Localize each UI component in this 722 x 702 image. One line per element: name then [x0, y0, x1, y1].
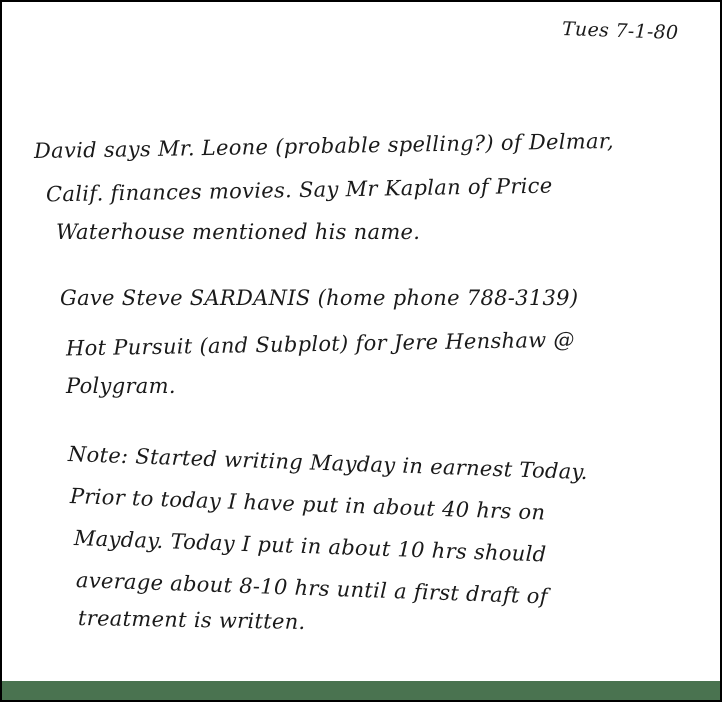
paragraph-3-line-4: average about 8-10 hrs until a first dra…: [76, 568, 549, 608]
paragraph-2-line-3: Polygram.: [66, 374, 176, 398]
note-date: Tues 7-1-80: [562, 18, 679, 44]
paragraph-3-line-3: Mayday. Today I put in about 10 hrs shou…: [74, 526, 547, 566]
paragraph-2-line-2: Hot Pursuit (and Subplot) for Jere Hensh…: [66, 328, 575, 361]
paragraph-3-line-1: Note: Started writing Mayday in earnest …: [68, 442, 589, 484]
paragraph-3-line-2: Prior to today I have put in about 40 hr…: [70, 484, 546, 525]
footer-bar: [2, 681, 720, 700]
paragraph-1-line-2: Calif. finances movies. Say Mr Kaplan of…: [46, 174, 553, 207]
paragraph-1-line-3: Waterhouse mentioned his name.: [56, 220, 420, 244]
paragraph-2-line-1: Gave Steve SARDANIS (home phone 788-3139…: [60, 286, 578, 310]
paragraph-1-line-1: David says Mr. Leone (probable spelling?…: [34, 129, 614, 163]
handwritten-note-page: Tues 7-1-80 David says Mr. Leone (probab…: [2, 2, 720, 681]
paragraph-3-line-5: treatment is written.: [78, 606, 306, 634]
